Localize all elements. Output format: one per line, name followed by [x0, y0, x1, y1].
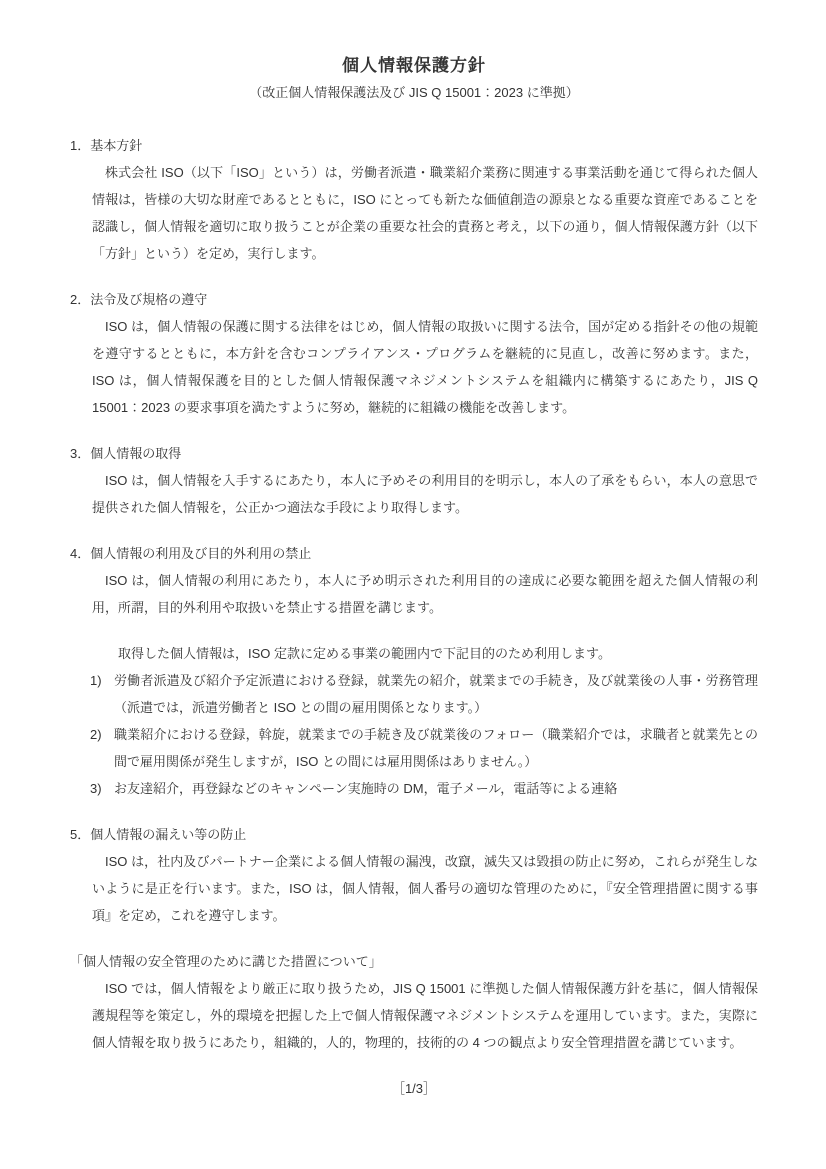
- list-item: 1) 労働者派遣及び紹介予定派遣における登録，就業先の紹介，就業までの手続き，及…: [90, 667, 758, 721]
- section-body: ISO は，個人情報の利用にあたり，本人に予め明示された利用目的の達成に必要な範…: [92, 567, 758, 621]
- list-item-text: お友達紹介，再登録などのキャンペーン実施時の DM，電子メール，電話等による連絡: [114, 775, 758, 802]
- document-page: 個人情報保護方針 （改正個人情報保護法及び JIS Q 15001：2023 に…: [0, 0, 826, 1169]
- list-item-text: 職業紹介における登録，斡旋，就業までの手続き及び就業後のフォロー（職業紹介では，…: [114, 721, 758, 775]
- section-basic-policy: 1．基本方針 株式会社 ISO（以下「ISO」という）は，労働者派遣・職業紹介業…: [70, 132, 758, 267]
- section-body: ISO は，個人情報を入手するにあたり，本人に予めその利用目的を明示し，本人の了…: [92, 467, 758, 521]
- section-body: ISO は，社内及びパートナー企業による個人情報の漏洩，改竄，滅失又は毀損の防止…: [92, 848, 758, 929]
- section-heading: 3．個人情報の取得: [70, 440, 758, 467]
- section-acquisition: 3．個人情報の取得 ISO は，個人情報を入手するにあたり，本人に予めその利用目…: [70, 440, 758, 521]
- security-note-body: ISO では，個人情報をより厳正に取り扱うため，JIS Q 15001 に準拠し…: [92, 975, 758, 1056]
- section-law-compliance: 2．法令及び規格の遵守 ISO は，個人情報の保護に関する法律をはじめ，個人情報…: [70, 286, 758, 421]
- list-item-marker: 2): [90, 721, 114, 775]
- list-item-marker: 3): [90, 775, 114, 802]
- purpose-intro: 取得した個人情報は，ISO 定款に定める事業の範囲内で下記目的のため利用します。: [92, 640, 758, 667]
- section-heading: 2．法令及び規格の遵守: [70, 286, 758, 313]
- section-heading: 5．個人情報の漏えい等の防止: [70, 821, 758, 848]
- security-measures-note: 「個人情報の安全管理のために講じた措置について」 ISO では，個人情報をより厳…: [70, 948, 758, 1056]
- security-note-heading: 「個人情報の安全管理のために講じた措置について」: [70, 948, 758, 975]
- section-leak-prevention: 5．個人情報の漏えい等の防止 ISO は，社内及びパートナー企業による個人情報の…: [70, 821, 758, 929]
- page-title: 個人情報保護方針: [70, 52, 758, 79]
- section-heading: 1．基本方針: [70, 132, 758, 159]
- list-item-marker: 1): [90, 667, 114, 721]
- section-body: ISO は，個人情報の保護に関する法律をはじめ，個人情報の取扱いに関する法令，国…: [92, 313, 758, 421]
- section-heading: 4．個人情報の利用及び目的外利用の禁止: [70, 540, 758, 567]
- section-usage-restriction: 4．個人情報の利用及び目的外利用の禁止 ISO は，個人情報の利用にあたり，本人…: [70, 540, 758, 621]
- page-number: ［1/3］: [70, 1075, 758, 1102]
- purpose-list-block: 取得した個人情報は，ISO 定款に定める事業の範囲内で下記目的のため利用します。…: [70, 640, 758, 802]
- list-item: 3) お友達紹介，再登録などのキャンペーン実施時の DM，電子メール，電話等によ…: [90, 775, 758, 802]
- list-item: 2) 職業紹介における登録，斡旋，就業までの手続き及び就業後のフォロー（職業紹介…: [90, 721, 758, 775]
- section-body: 株式会社 ISO（以下「ISO」という）は，労働者派遣・職業紹介業務に関連する事…: [92, 159, 758, 267]
- list-item-text: 労働者派遣及び紹介予定派遣における登録，就業先の紹介，就業までの手続き，及び就業…: [114, 667, 758, 721]
- page-subtitle: （改正個人情報保護法及び JIS Q 15001：2023 に準拠）: [70, 79, 758, 106]
